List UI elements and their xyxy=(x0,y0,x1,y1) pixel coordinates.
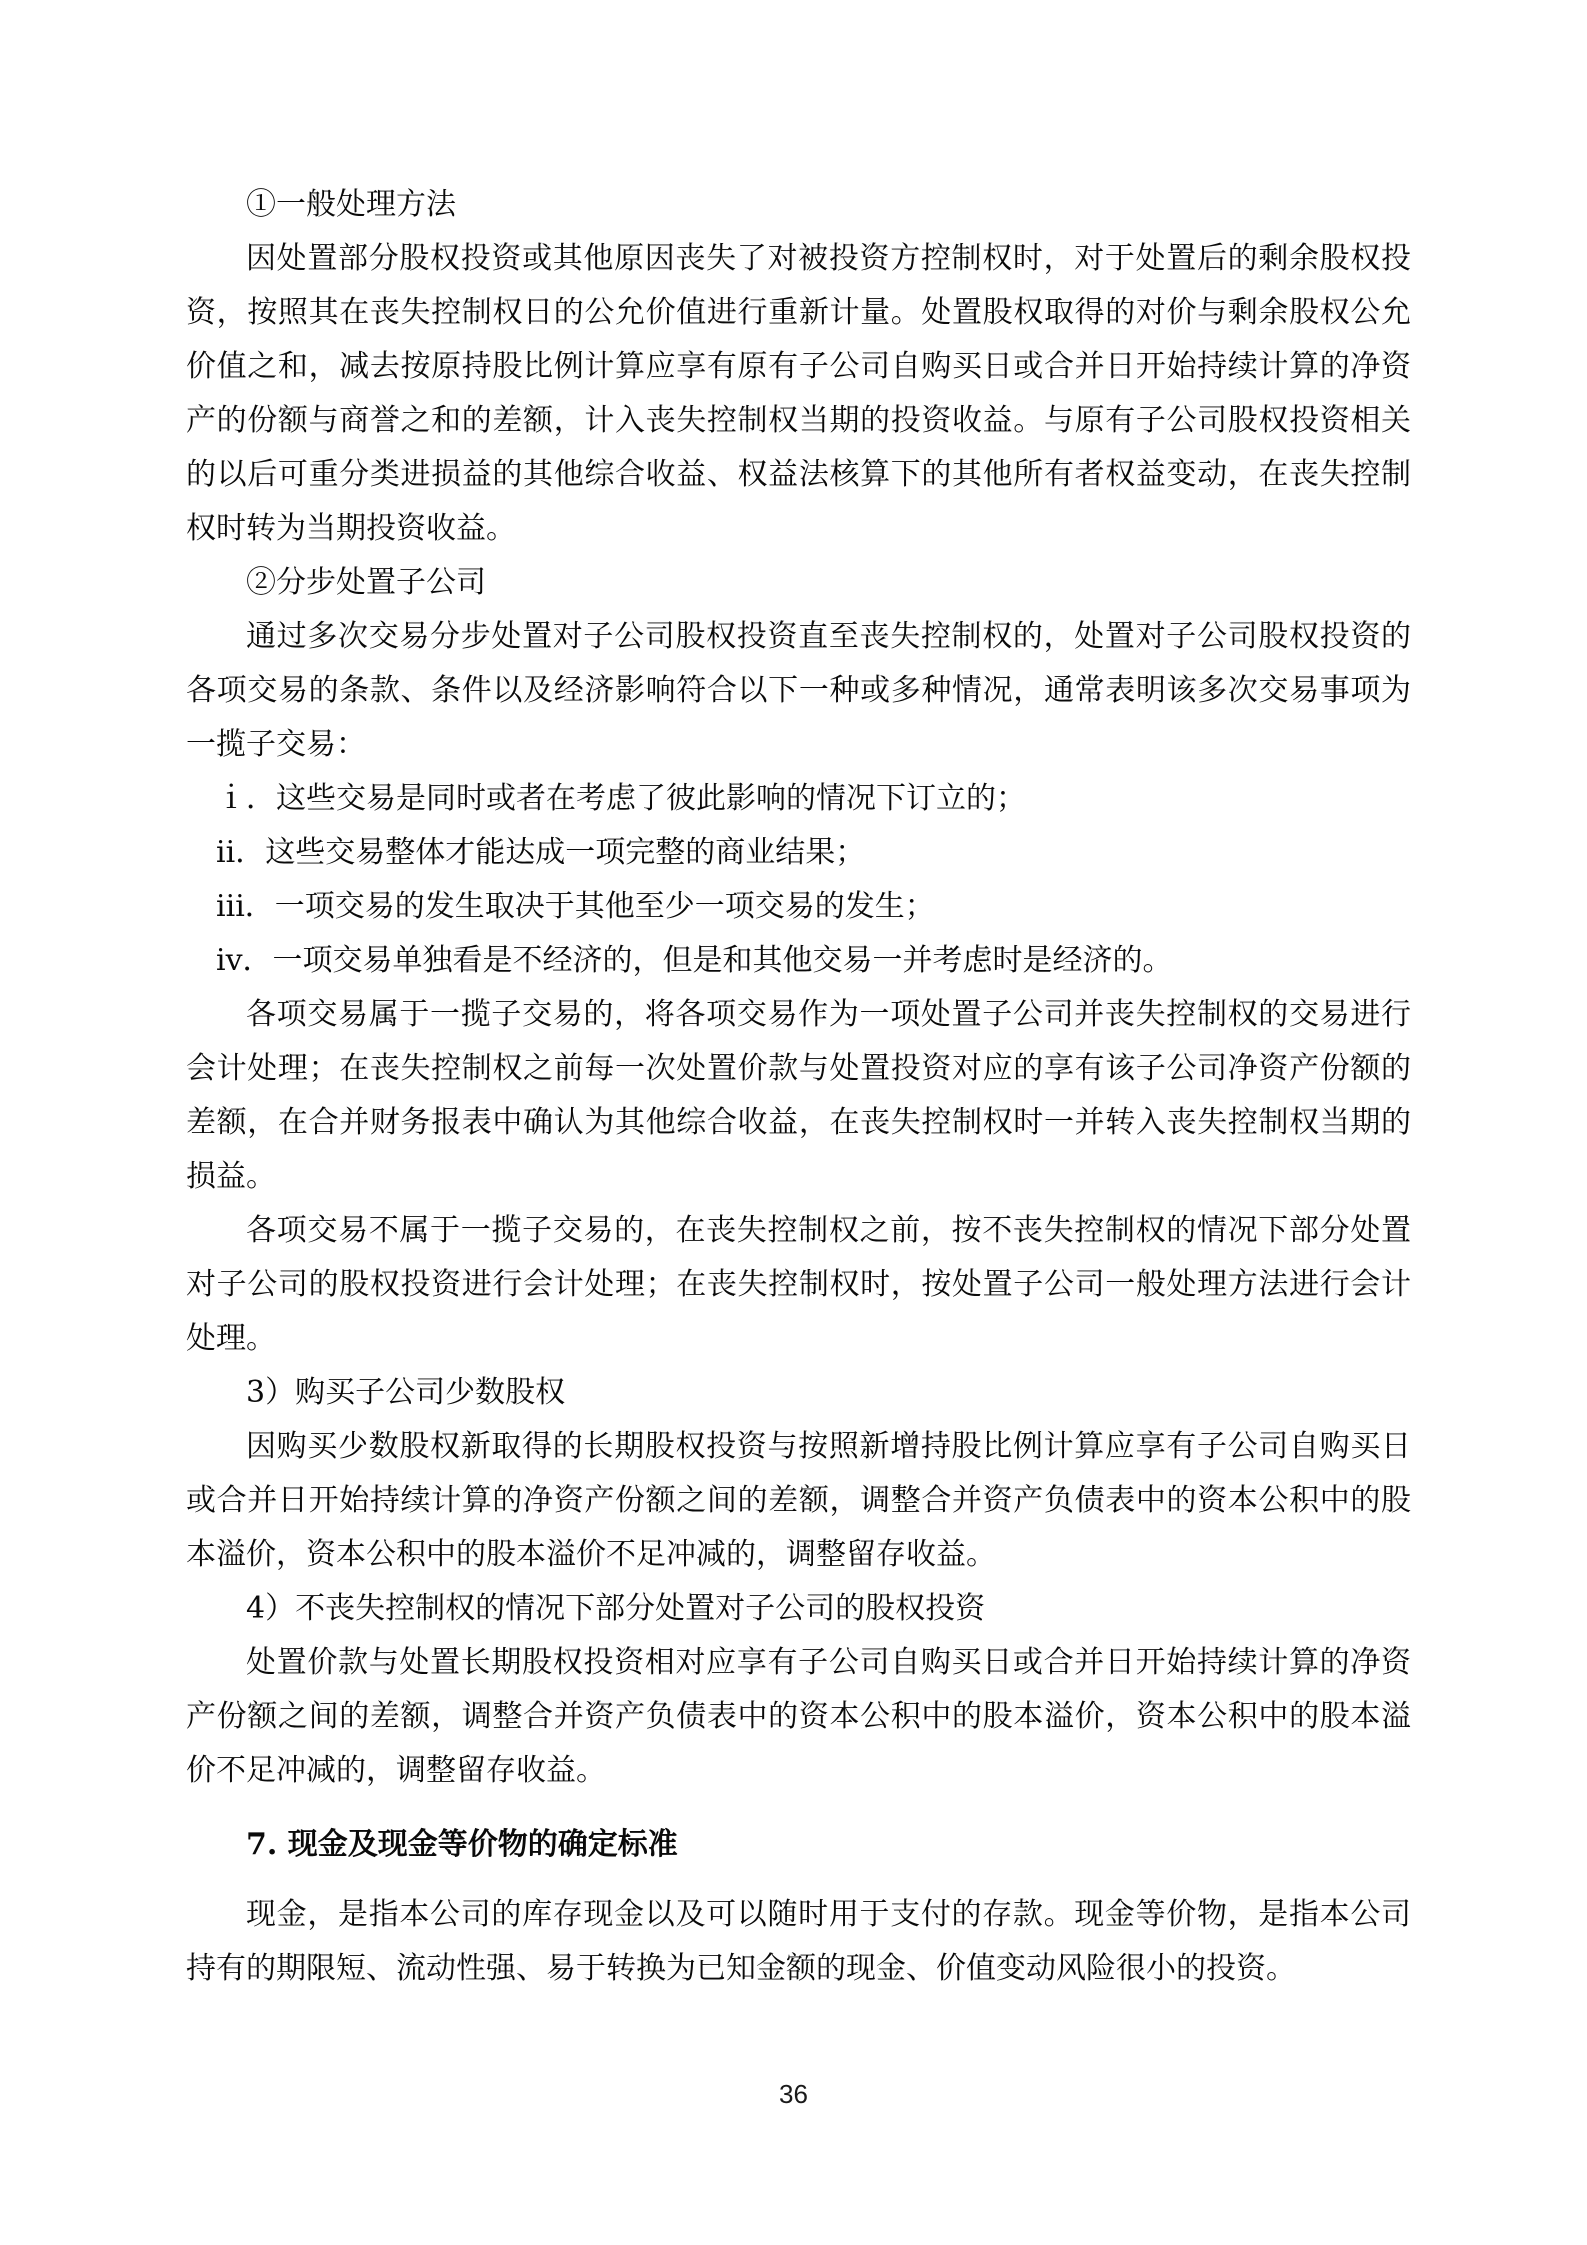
paragraph: 现金，是指本公司的库存现金以及可以随时用于支付的存款。现金等价物，是指本公司持有… xyxy=(186,1888,1411,1996)
subheading: 4）不丧失控制权的情况下部分处置对子公司的股权投资 xyxy=(186,1582,1411,1636)
page-number: 36 xyxy=(0,2078,1587,2110)
list-item: iv．一项交易单独看是不经济的，但是和其他交易一并考虑时是经济的。 xyxy=(186,934,1411,988)
paragraph: 各项交易不属于一揽子交易的，在丧失控制权之前，按不丧失控制权的情况下部分处置对子… xyxy=(186,1204,1411,1366)
section-heading: 7. 现金及现金等价物的确定标准 xyxy=(186,1818,1411,1872)
list-item: iii．一项交易的发生取决于其他至少一项交易的发生； xyxy=(186,880,1411,934)
list-item: ｉ．这些交易是同时或者在考虑了彼此影响的情况下订立的； xyxy=(186,772,1411,826)
subheading: ①一般处理方法 xyxy=(186,178,1411,232)
subheading: 3）购买子公司少数股权 xyxy=(186,1366,1411,1420)
paragraph: 因处置部分股权投资或其他原因丧失了对被投资方控制权时，对于处置后的剩余股权投资，… xyxy=(186,232,1411,556)
paragraph: 因购买少数股权新取得的长期股权投资与按照新增持股比例计算应享有子公司自购买日或合… xyxy=(186,1420,1411,1582)
paragraph: 通过多次交易分步处置对子公司股权投资直至丧失控制权的，处置对子公司股权投资的各项… xyxy=(186,610,1411,772)
document-content: ①一般处理方法因处置部分股权投资或其他原因丧失了对被投资方控制权时，对于处置后的… xyxy=(186,178,1411,1996)
list-item: ii．这些交易整体才能达成一项完整的商业结果； xyxy=(186,826,1411,880)
subheading: ②分步处置子公司 xyxy=(186,556,1411,610)
paragraph: 各项交易属于一揽子交易的，将各项交易作为一项处置子公司并丧失控制权的交易进行会计… xyxy=(186,988,1411,1204)
document-page: ①一般处理方法因处置部分股权投资或其他原因丧失了对被投资方控制权时，对于处置后的… xyxy=(0,0,1587,2245)
paragraph: 处置价款与处置长期股权投资相对应享有子公司自购买日或合并日开始持续计算的净资产份… xyxy=(186,1636,1411,1798)
